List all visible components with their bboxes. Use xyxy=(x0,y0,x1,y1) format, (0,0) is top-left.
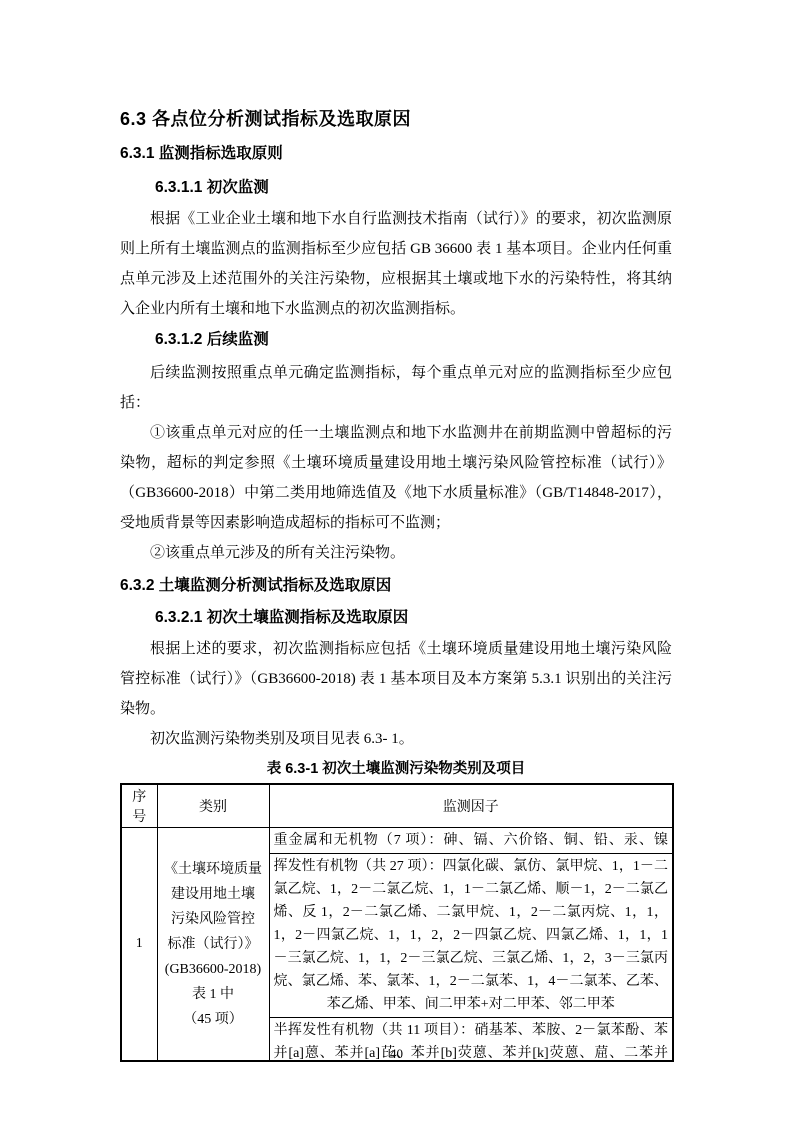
document-page: 6.3 各点位分析测试指标及选取原因 6.3.1 监测指标选取原则 6.3.1.… xyxy=(0,0,793,1122)
heading-6-3: 6.3 各点位分析测试指标及选取原因 xyxy=(120,106,672,132)
factor-voc-cell: 挥发性有机物（共 27 项）：四氯化碳、氯仿、氯甲烷、1，1－二氯乙烷、1，2－… xyxy=(269,854,673,1018)
para-initial-monitoring: 根据《工业企业土壤和地下水自行监测技术指南（试行）》的要求，初次监测原则上所有土… xyxy=(120,204,672,324)
heading-6-3-1-1: 6.3.1.1 初次监测 xyxy=(120,176,672,200)
factor-heavy-metals-cell: 重金属和无机物（7 项）：砷、镉、六价铬、铜、铅、汞、镍 xyxy=(269,828,673,854)
para-initial-soil-indicator: 根据上述的要求，初次监测指标应包括《土壤环境质量建设用地土壤污染风险管控标准（试… xyxy=(120,634,672,724)
table-row: 1 《土壤环境质量 建设用地土壤 污染风险管控 标准（试行）》 (GB36600… xyxy=(121,828,673,854)
col-header-factor: 监测因子 xyxy=(269,784,673,828)
para-followup-monitoring: 后续监测按照重点单元确定监测指标，每个重点单元对应的监测指标至少应包括： xyxy=(120,358,672,418)
heading-6-3-2-1: 6.3.2.1 初次土壤监测指标及选取原因 xyxy=(120,606,672,630)
pollutant-table: 序号 类别 监测因子 1 《土壤环境质量 建设用地土壤 污染风险管控 标准（试行… xyxy=(120,783,674,1062)
row-category-cell: 《土壤环境质量 建设用地土壤 污染风险管控 标准（试行）》 (GB36600-2… xyxy=(157,828,269,1062)
para-see-table: 初次监测污染物类别及项目见表 6.3- 1。 xyxy=(120,724,672,754)
para-list-item-1: ①该重点单元对应的任一土壤监测点和地下水监测井在前期监测中曾超标的污染物，超标的… xyxy=(120,418,672,538)
table-caption: 表 6.3-1 初次土壤监测污染物类别及项目 xyxy=(120,758,672,780)
row-seq-cell: 1 xyxy=(121,828,157,1062)
col-header-seq: 序号 xyxy=(121,784,157,828)
heading-6-3-1-2: 6.3.1.2 后续监测 xyxy=(120,328,672,352)
col-header-category: 类别 xyxy=(157,784,269,828)
page-number: 40 xyxy=(0,1046,793,1062)
heading-6-3-2: 6.3.2 土壤监测分析测试指标及选取原因 xyxy=(120,574,672,598)
page-content: 6.3 各点位分析测试指标及选取原因 6.3.1 监测指标选取原则 6.3.1.… xyxy=(120,106,672,1062)
heading-6-3-1: 6.3.1 监测指标选取原则 xyxy=(120,142,672,166)
table-header-row: 序号 类别 监测因子 xyxy=(121,784,673,828)
para-list-item-2: ②该重点单元涉及的所有关注污染物。 xyxy=(120,538,672,568)
